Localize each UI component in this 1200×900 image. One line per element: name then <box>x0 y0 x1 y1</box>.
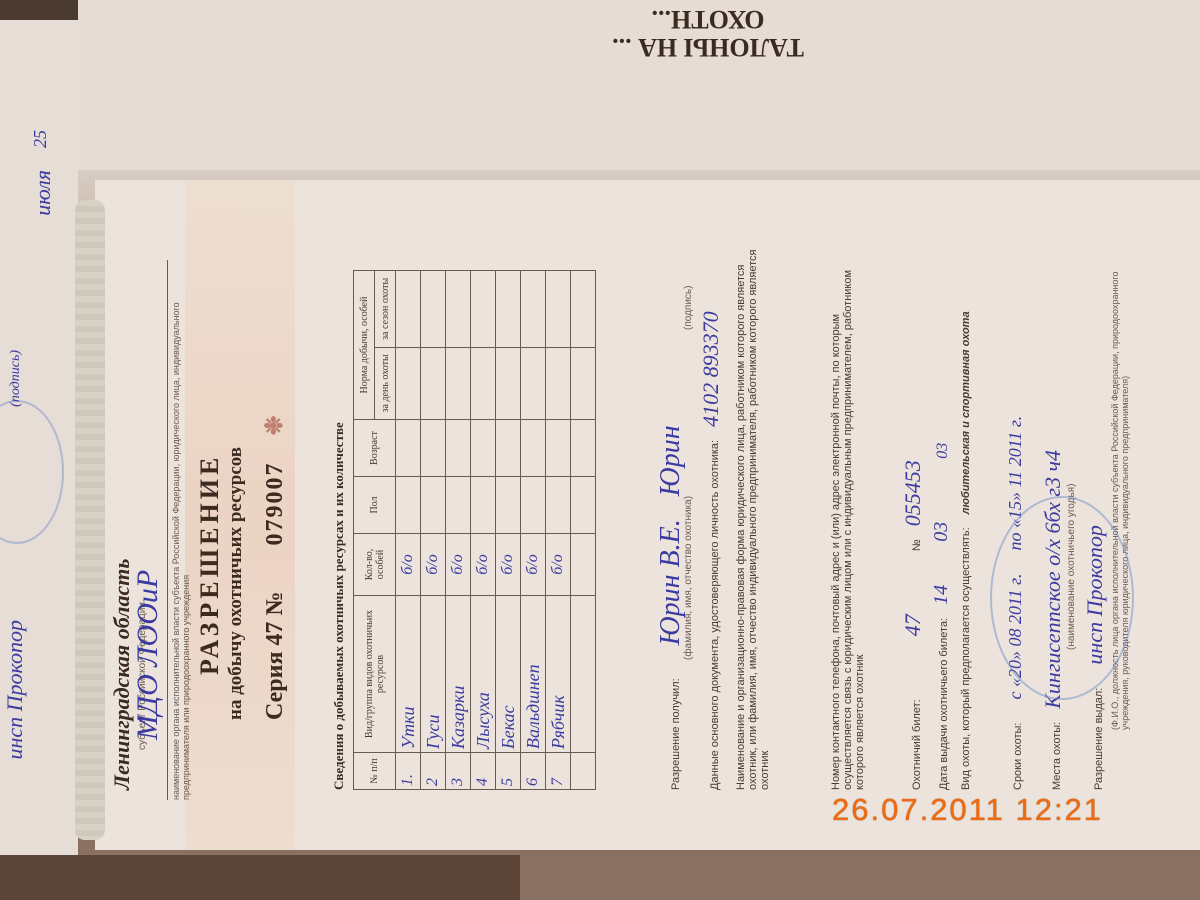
hunt-type-field: Вид охоты, который предполагается осущес… <box>960 230 972 790</box>
col-qty: Кол-во, особей <box>354 534 396 596</box>
received-label: Разрешение получил: <box>670 678 682 790</box>
signature-icon: Юрин <box>655 425 686 496</box>
row-species: Казарки <box>446 596 471 753</box>
row-num <box>571 753 596 790</box>
row-qty: б/о <box>546 534 571 596</box>
row-qty <box>571 534 596 596</box>
org-label: Наименование и организационно-правовая ф… <box>735 230 771 790</box>
hunt-type-label: Вид охоты, который предполагается осущес… <box>960 527 972 790</box>
row-qty: б/о <box>446 534 471 596</box>
row-species <box>571 596 596 753</box>
hunt-type-value: любительская и спортивная охота <box>960 311 972 514</box>
ticket-no-label: № <box>911 539 923 551</box>
permit-content-lower: Номер контактного телефона, почтовый адр… <box>820 180 1200 850</box>
stamp-icon <box>990 496 1134 700</box>
row-qty: б/о <box>496 534 521 596</box>
row-num: 2 <box>421 753 446 790</box>
row-qty: б/о <box>521 534 546 596</box>
issuer-line <box>167 260 168 800</box>
signature-caption: (подпись) <box>8 350 24 407</box>
series-text: Серия 47 № <box>262 591 288 720</box>
table-row: 3Казаркиб/о <box>446 271 471 790</box>
issued-label: Разрешение выдал: <box>1093 688 1105 790</box>
ornament-icon: ❉ <box>262 415 288 435</box>
ticket-series: 47 <box>900 614 925 636</box>
row-species: Рябчик <box>546 596 571 753</box>
page-title: РАЗРЕШЕНИЕ <box>195 454 225 675</box>
col-sex: Пол <box>354 477 396 534</box>
table-row: 7Рябчикб/о <box>546 271 571 790</box>
col-age: Возраст <box>354 420 396 477</box>
row-num: 5 <box>496 753 521 790</box>
table-row <box>571 271 596 790</box>
species-table: № п/п Вид/группа видов охотничьих ресурс… <box>353 270 596 790</box>
issuer-caption: наименование органа исполнительной власт… <box>171 240 191 800</box>
ticket-date-day: 14 <box>930 585 952 605</box>
received-caption: (фамилия, имя, отчество охотника) <box>683 496 694 660</box>
handwritten-name: инсп Прокопор <box>2 620 28 760</box>
place-label: Места охоты: <box>1051 722 1063 790</box>
top-sheet-title: ТАЛОНЫ НА ... ОХОТН... <box>558 5 858 61</box>
table-row: 1.Уткиб/о <box>396 271 421 790</box>
stamp-icon <box>0 400 64 544</box>
series-label: Серия 47 № 079007 ❉ <box>260 415 289 720</box>
col-num: № п/п <box>354 753 396 790</box>
table-row: 6Вальдшнепб/о <box>521 271 546 790</box>
page-subtitle: на добычу охотничьих ресурсов <box>225 447 247 720</box>
col-per-season: за сезон охоты <box>375 271 396 348</box>
left-background-sheet: (подпись) июля 25 инсп Прокопор <box>0 20 78 855</box>
id-doc-label: Данные основного документа, удостоверяющ… <box>709 440 721 790</box>
row-qty: б/о <box>396 534 421 596</box>
period-label: Сроки охоты: <box>1012 723 1024 790</box>
table-caption: Сведения о добываемых охотничьих ресурса… <box>331 422 347 790</box>
row-species: Гуси <box>421 596 446 753</box>
row-num: 3 <box>446 753 471 790</box>
ticket-no: 055453 <box>900 460 925 526</box>
table-row: 4Лысухаб/о <box>471 271 496 790</box>
background-surface-bottom <box>0 855 520 900</box>
period-field: Сроки охоты: с «20» 08 2011 г. по «15» 1… <box>1005 230 1026 790</box>
table-row: 2Гусиб/о <box>421 271 446 790</box>
camera-timestamp: 26.07.2011 12:21 <box>832 792 1103 828</box>
issuer-handwritten: МДО ЛООиР <box>131 570 165 740</box>
contact-label: Номер контактного телефона, почтовый адр… <box>830 230 866 790</box>
ticket-field: Охотничий билет: 47 № 055453 <box>900 230 926 790</box>
row-qty: б/о <box>421 534 446 596</box>
ticket-date-month: 03 <box>930 522 952 542</box>
col-per-day: за день охоты <box>375 347 396 419</box>
id-doc-value: 4102 893370 <box>698 311 723 427</box>
table-row: 5Бекасб/о <box>496 271 521 790</box>
col-norm: Норма добычи, особей <box>354 271 375 420</box>
row-num: 6 <box>521 753 546 790</box>
permit-number: 079007 <box>262 461 288 545</box>
ticket-label: Охотничий билет: <box>911 699 923 790</box>
handwritten-date-day: 25 <box>30 130 51 148</box>
ticket-date-year: 03 <box>934 443 951 459</box>
received-name: Юрин В.Е. <box>655 519 686 645</box>
ticket-date-label: Дата выдачи охотничьего билета: <box>938 618 950 790</box>
row-species: Лысуха <box>471 596 496 753</box>
row-species: Вальдшнеп <box>521 596 546 753</box>
signature-caption: (подпись) <box>683 286 694 330</box>
col-species: Вид/группа видов охотничьих ресурсов <box>354 596 396 753</box>
ticket-date-field: Дата выдачи охотничьего билета: 14 03 03 <box>930 230 953 790</box>
row-num: 4 <box>471 753 496 790</box>
handwritten-date-month: июля <box>30 170 56 216</box>
row-species: Бекас <box>496 596 521 753</box>
background-surface <box>0 0 80 20</box>
row-qty: б/о <box>471 534 496 596</box>
id-doc-field: Данные основного документа, удостоверяющ… <box>698 230 724 790</box>
row-species: Утки <box>396 596 421 753</box>
row-num: 7 <box>546 753 571 790</box>
row-num: 1. <box>396 753 421 790</box>
